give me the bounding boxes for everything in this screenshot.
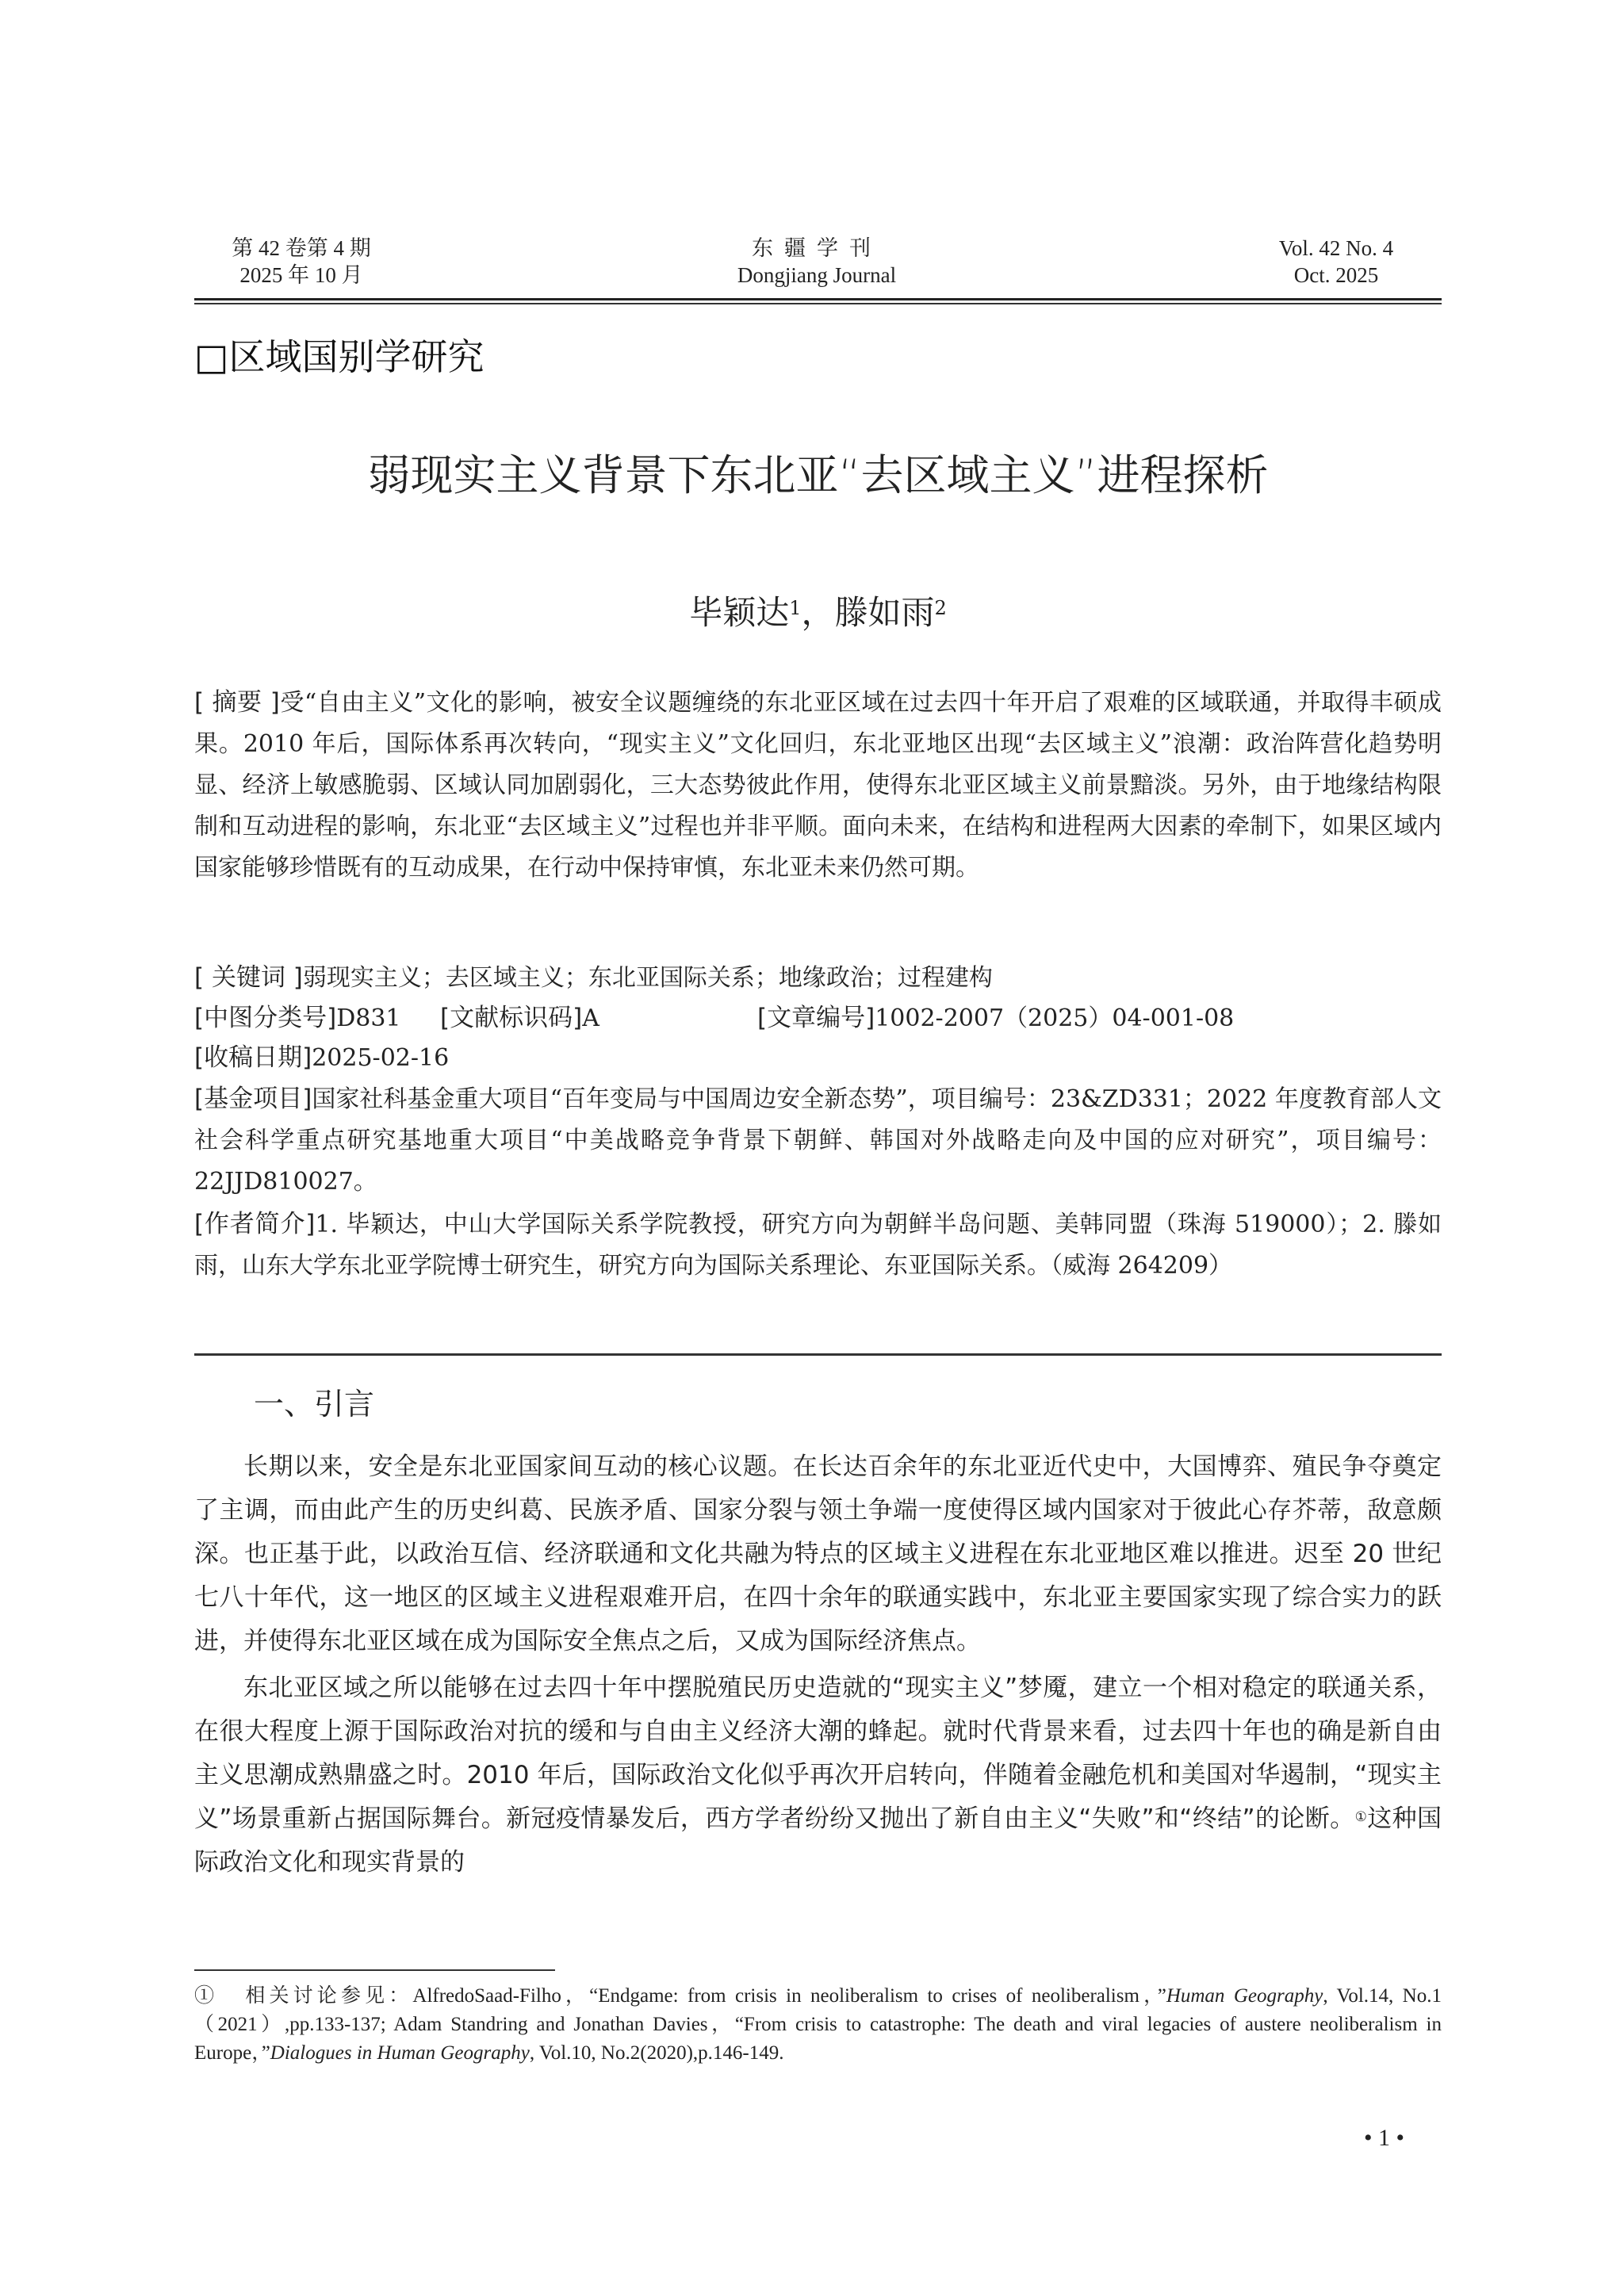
footnote-tail: , Vol.10, No.2(2020),p.146-149. — [530, 2042, 784, 2064]
keywords: [ 关键词 ]弱现实主义；去区域主义；东北亚国际关系；地缘政治；过程建构 — [194, 957, 1442, 999]
received-label: [收稿日期] — [194, 1043, 312, 1072]
author-bio-label: [作者简介] — [194, 1210, 315, 1238]
footnote-marker: ① — [194, 1985, 218, 2007]
journal-name-cn: 东疆学刊 — [698, 235, 936, 262]
author-bio-text: 1. 毕颖达，中山大学国际关系学院教授，研究方向为朝鲜半岛问题、美韩同盟（珠海 … — [194, 1211, 1442, 1280]
author-line: 毕颖达1，滕如雨2 — [194, 591, 1442, 635]
journal-page: 第 42 卷第 4 期 2025 年 10 月 东疆学刊 Dongjiang J… — [0, 0, 1624, 2296]
paragraph-text: 东北亚区域之所以能够在过去四十年中摆脱殖民历史造就的“现实主义”梦魇，建立一个相… — [194, 1674, 1442, 1833]
footnote-rule — [194, 1969, 555, 1971]
article-title: 弱现实主义背景下东北亚“去区域主义”进程探析 — [194, 448, 1442, 503]
keywords-text: 弱现实主义；去区域主义；东北亚国际关系；地缘政治；过程建构 — [303, 964, 993, 992]
footnote-reference[interactable]: ① — [1355, 1809, 1368, 1825]
doc-code-value: A — [582, 1004, 599, 1032]
keywords-label: [ 关键词 ] — [194, 963, 303, 992]
funding-text: 国家社科基金重大项目“百年变局与中国周边安全新态势”，项目编号：23&ZD331… — [194, 1085, 1442, 1196]
funding-label: [基金项目] — [194, 1085, 312, 1113]
body-paragraph-2: 东北亚区域之所以能够在过去四十年中摆脱殖民历史造就的“现实主义”梦魇，建立一个相… — [194, 1667, 1442, 1885]
author-name: 毕颖达 — [689, 593, 789, 632]
paragraph-text: 长期以来，安全是东北亚国家间互动的核心议题。在长达百余年的东北亚近代史中，大国博… — [194, 1445, 1442, 1663]
volume-issue-en: Vol. 42 No. 4 — [1245, 235, 1427, 262]
section-heading: 一、引言 — [254, 1383, 374, 1425]
clc-label: [中图分类号] — [194, 1004, 336, 1032]
footnote-lead: 相关讨论参见：AlfredoSaad-Filho，“Endgame: from … — [245, 1985, 1166, 2007]
footnote: ① 相关讨论参见：AlfredoSaad-Filho，“Endgame: fro… — [194, 1982, 1442, 2068]
page-number: • 1 • — [1364, 2125, 1404, 2152]
abstract-text: 受“自由主义”文化的影响，被安全议题缠绕的东北亚区域在过去四十年开启了艰难的区域… — [194, 689, 1442, 882]
author-affiliation-marker: 1 — [789, 597, 801, 619]
doc-code-label: [文献标识码] — [440, 1004, 582, 1032]
section-divider — [194, 1353, 1442, 1356]
received-value: 2025-02-16 — [312, 1044, 449, 1072]
footnote-journal-2: Dialogues in Human Geography — [270, 2042, 530, 2064]
abstract: [ 摘要 ]受“自由主义”文化的影响，被安全议题缠绕的东北亚区域在过去四十年开启… — [194, 682, 1442, 889]
body-paragraph-1: 长期以来，安全是东北亚国家间互动的核心议题。在长达百余年的东北亚近代史中，大国博… — [194, 1445, 1442, 1663]
author-separator: ， — [801, 593, 834, 632]
footnote-journal-1: Human Geography — [1166, 1985, 1323, 2007]
journal-name: 东疆学刊 Dongjiang Journal — [698, 235, 936, 289]
volume-issue-cn: 第 42 卷第 4 期 — [206, 235, 396, 262]
author-name: 滕如雨 — [835, 593, 935, 632]
date-cn: 2025 年 10 月 — [206, 262, 396, 289]
author-affiliation-marker: 2 — [935, 597, 947, 619]
article-number-value: 1002-2007（2025）04-001-08 — [875, 1004, 1234, 1032]
clc-value: D831 — [336, 1004, 400, 1032]
article-number-label: [文章编号] — [757, 1004, 875, 1032]
issue-info-cn: 第 42 卷第 4 期 2025 年 10 月 — [206, 235, 396, 289]
abstract-label: [ 摘要 ] — [194, 688, 280, 717]
journal-name-en: Dongjiang Journal — [698, 262, 936, 289]
issue-info-en: Vol. 42 No. 4 Oct. 2025 — [1245, 235, 1427, 289]
classification-line: [中图分类号]D831[文献标识码]A[文章编号]1002-2007（2025）… — [194, 997, 1442, 1039]
header-rule-thick — [194, 298, 1442, 300]
funding: [基金项目]国家社科基金重大项目“百年变局与中国周边安全新态势”，项目编号：23… — [194, 1078, 1442, 1203]
column-tag: □区域国别学研究 — [194, 333, 484, 381]
author-bio: [作者简介]1. 毕颖达，中山大学国际关系学院教授，研究方向为朝鲜半岛问题、美韩… — [194, 1203, 1442, 1287]
date-en: Oct. 2025 — [1245, 262, 1427, 289]
received-date: [收稿日期]2025-02-16 — [194, 1037, 1442, 1079]
header-rule-thin — [194, 303, 1442, 304]
